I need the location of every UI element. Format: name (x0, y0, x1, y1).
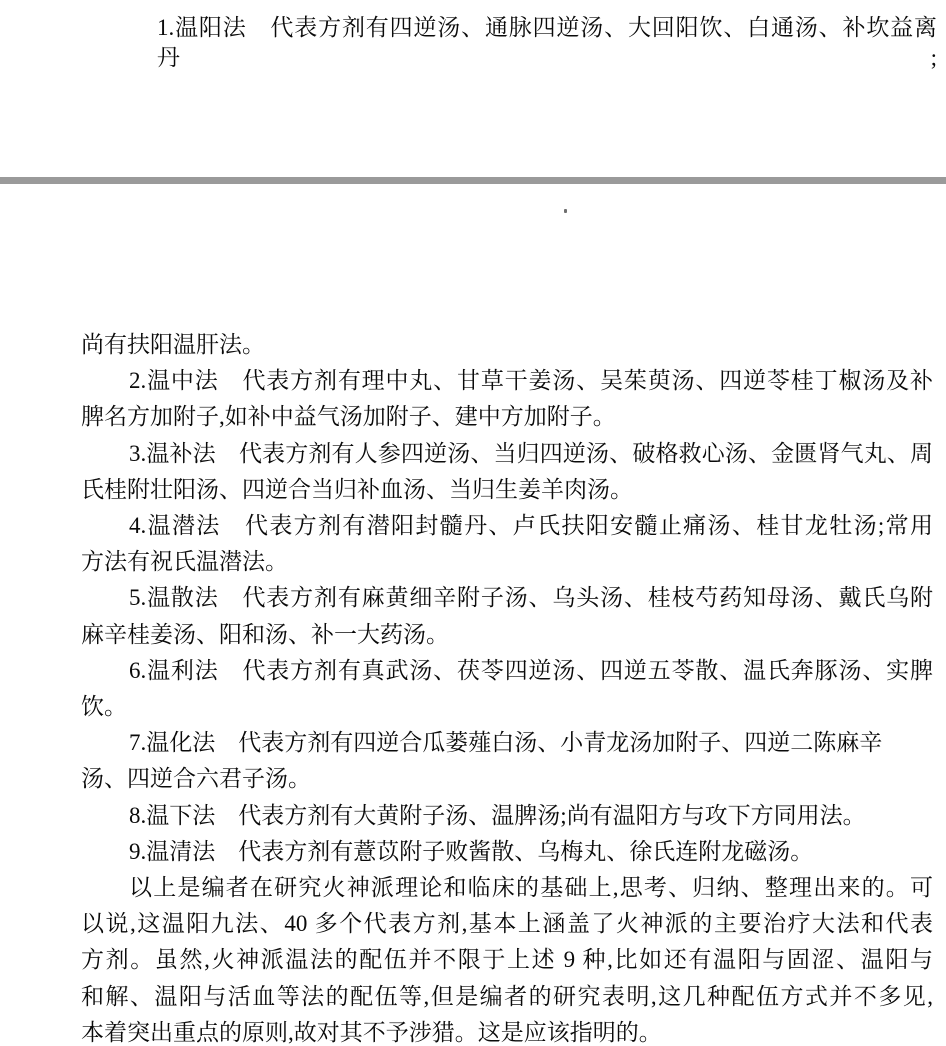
text-line: 5.温散法 代表方剂有麻黄细辛附子汤、乌头汤、桂枝芍药知母汤、戴氏乌附 (81, 580, 933, 616)
page-break-separator (0, 177, 946, 184)
text-line: 8.温下法 代表方剂有大黄附子汤、温脾汤;尚有温阳方与攻下方同用法。 (81, 798, 933, 834)
text-line: 3.温补法 代表方剂有人参四逆汤、当归四逆汤、破格救心汤、金匮肾气丸、周 (81, 436, 933, 472)
text-line: 汤、四逆合六君子汤。 (81, 761, 933, 797)
document-viewer-page: 1.温阳法 代表方剂有四逆汤、通脉四逆汤、大回阳饮、白通汤、补坎益离丹; 尚有扶… (0, 0, 946, 1046)
text-line: 尚有扶阳温肝法。 (81, 327, 933, 363)
text-line: 本着突出重点的原则,故对其不予涉猎。这是应该指明的。 (81, 1015, 933, 1046)
scan-speck (564, 209, 567, 213)
text-line: 以说,这温阳九法、40 多个代表方剂,基本上涵盖了火神派的主要治疗大法和代表 (81, 906, 933, 942)
text-line: 方法有祝氏温潜法。 (81, 544, 933, 580)
text-line: 氏桂附壮阳汤、四逆合当归补血汤、当归生姜羊肉汤。 (81, 472, 933, 508)
text-line: 6.温利法 代表方剂有真武汤、茯苓四逆汤、四逆五苓散、温氏奔豚汤、实脾 (81, 653, 933, 689)
text-line: 9.温清法 代表方剂有薏苡附子败酱散、乌梅丸、徐氏连附龙磁汤。 (81, 834, 933, 870)
text-line: 饮。 (81, 689, 933, 725)
text-line: 1.温阳法 代表方剂有四逆汤、通脉四逆汤、大回阳饮、白通汤、补坎益离丹; (157, 13, 937, 73)
text-line: 方剂。虽然,火神派温法的配伍并不限于上述 9 种,比如还有温阳与固涩、温阳与 (81, 942, 933, 978)
text-line: 4.温潜法 代表方剂有潜阳封髓丹、卢氏扶阳安髓止痛汤、桂甘龙牡汤;常用 (81, 508, 933, 544)
previous-page-text-region: 1.温阳法 代表方剂有四逆汤、通脉四逆汤、大回阳饮、白通汤、补坎益离丹; (157, 13, 937, 73)
text-line: 麻辛桂姜汤、阳和汤、补一大药汤。 (81, 617, 933, 653)
text-line: 7.温化法 代表方剂有四逆合瓜蒌薤白汤、小青龙汤加附子、四逆二陈麻辛 (81, 725, 933, 761)
text-line: 和解、温阳与活血等法的配伍等,但是编者的研究表明,这几种配伍方式并不多见, (81, 979, 933, 1015)
current-page-text-region: 尚有扶阳温肝法。2.温中法 代表方剂有理中丸、甘草干姜汤、吴茱萸汤、四逆苓桂丁椒… (81, 327, 933, 1046)
text-line: 脾名方加附子,如补中益气汤加附子、建中方加附子。 (81, 399, 933, 435)
text-line: 2.温中法 代表方剂有理中丸、甘草干姜汤、吴茱萸汤、四逆苓桂丁椒汤及补 (81, 363, 933, 399)
text-line: 以上是编者在研究火神派理论和临床的基础上,思考、归纳、整理出来的。可 (81, 870, 933, 906)
